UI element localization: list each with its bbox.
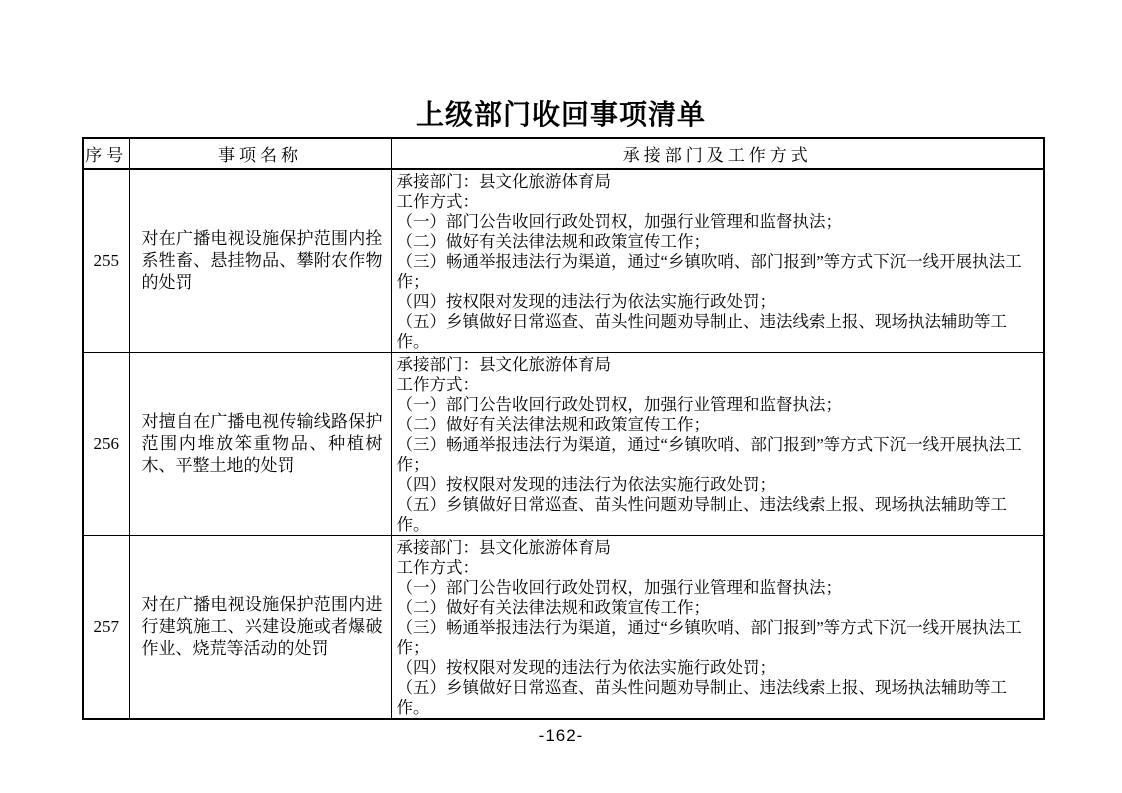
col-header-index: 序号 bbox=[83, 138, 129, 169]
detail-line: （五）乡镇做好日常巡查、苗头性问题劝导制止、违法线索上报、现场执法辅助等工作。 bbox=[397, 678, 1036, 718]
detail-line: （一）部门公告收回行政处罚权，加强行业管理和监督执法； bbox=[397, 578, 1036, 598]
table-header-row: 序号 事项名称 承接部门及工作方式 bbox=[83, 138, 1044, 169]
items-table: 序号 事项名称 承接部门及工作方式 255 对在广播电视设施保护范围内拴系牲畜、… bbox=[82, 137, 1045, 720]
detail-line: 工作方式： bbox=[397, 192, 1036, 212]
detail-line: （五）乡镇做好日常巡查、苗头性问题劝导制止、违法线索上报、现场执法辅助等工作。 bbox=[397, 312, 1036, 352]
detail-line: 承接部门：县文化旅游体育局 bbox=[397, 172, 1036, 192]
row-index: 255 bbox=[83, 169, 129, 353]
page-title: 上级部门收回事项清单 bbox=[0, 93, 1122, 133]
detail-line: （四）按权限对发现的违法行为依法实施行政处罚； bbox=[397, 658, 1036, 678]
detail-line: （一）部门公告收回行政处罚权，加强行业管理和监督执法； bbox=[397, 395, 1036, 415]
detail-line: （二）做好有关法律法规和政策宣传工作； bbox=[397, 415, 1036, 435]
row-index: 256 bbox=[83, 353, 129, 536]
detail-line: （二）做好有关法律法规和政策宣传工作； bbox=[397, 598, 1036, 618]
item-detail: 承接部门：县文化旅游体育局 工作方式： （一）部门公告收回行政处罚权，加强行业管… bbox=[391, 353, 1044, 536]
col-header-item-name: 事项名称 bbox=[129, 138, 391, 169]
detail-line: （三）畅通举报违法行为渠道，通过“乡镇吹哨、部门报到”等方式下沉一线开展执法工作… bbox=[397, 435, 1036, 475]
detail-line: （一）部门公告收回行政处罚权，加强行业管理和监督执法； bbox=[397, 212, 1036, 232]
table-row: 255 对在广播电视设施保护范围内拴系牲畜、悬挂物品、攀附农作物的处罚 承接部门… bbox=[83, 169, 1044, 353]
detail-line: （二）做好有关法律法规和政策宣传工作； bbox=[397, 232, 1036, 252]
detail-line: （五）乡镇做好日常巡查、苗头性问题劝导制止、违法线索上报、现场执法辅助等工作。 bbox=[397, 495, 1036, 535]
document-page: 上级部门收回事项清单 序号 事项名称 承接部门及工作方式 255 对在广播电视设… bbox=[0, 0, 1122, 793]
col-header-department-method: 承接部门及工作方式 bbox=[391, 138, 1044, 169]
detail-line: 工作方式： bbox=[397, 375, 1036, 395]
item-detail: 承接部门：县文化旅游体育局 工作方式： （一）部门公告收回行政处罚权，加强行业管… bbox=[391, 536, 1044, 720]
item-detail: 承接部门：县文化旅游体育局 工作方式： （一）部门公告收回行政处罚权，加强行业管… bbox=[391, 169, 1044, 353]
detail-line: 工作方式： bbox=[397, 558, 1036, 578]
detail-line: 承接部门：县文化旅游体育局 bbox=[397, 538, 1036, 558]
table-row: 256 对擅自在广播电视传输线路保护范围内堆放笨重物品、种植树木、平整土地的处罚… bbox=[83, 353, 1044, 536]
row-index: 257 bbox=[83, 536, 129, 720]
detail-line: （三）畅通举报违法行为渠道，通过“乡镇吹哨、部门报到”等方式下沉一线开展执法工作… bbox=[397, 618, 1036, 658]
table-row: 257 对在广播电视设施保护范围内进行建筑施工、兴建设施或者爆破作业、烧荒等活动… bbox=[83, 536, 1044, 720]
detail-line: （三）畅通举报违法行为渠道，通过“乡镇吹哨、部门报到”等方式下沉一线开展执法工作… bbox=[397, 252, 1036, 292]
detail-line: （四）按权限对发现的违法行为依法实施行政处罚； bbox=[397, 475, 1036, 495]
detail-line: （四）按权限对发现的违法行为依法实施行政处罚； bbox=[397, 292, 1036, 312]
page-number: -162- bbox=[0, 726, 1122, 746]
item-name: 对在广播电视设施保护范围内进行建筑施工、兴建设施或者爆破作业、烧荒等活动的处罚 bbox=[129, 536, 391, 720]
item-name: 对擅自在广播电视传输线路保护范围内堆放笨重物品、种植树木、平整土地的处罚 bbox=[129, 353, 391, 536]
item-name: 对在广播电视设施保护范围内拴系牲畜、悬挂物品、攀附农作物的处罚 bbox=[129, 169, 391, 353]
detail-line: 承接部门：县文化旅游体育局 bbox=[397, 355, 1036, 375]
